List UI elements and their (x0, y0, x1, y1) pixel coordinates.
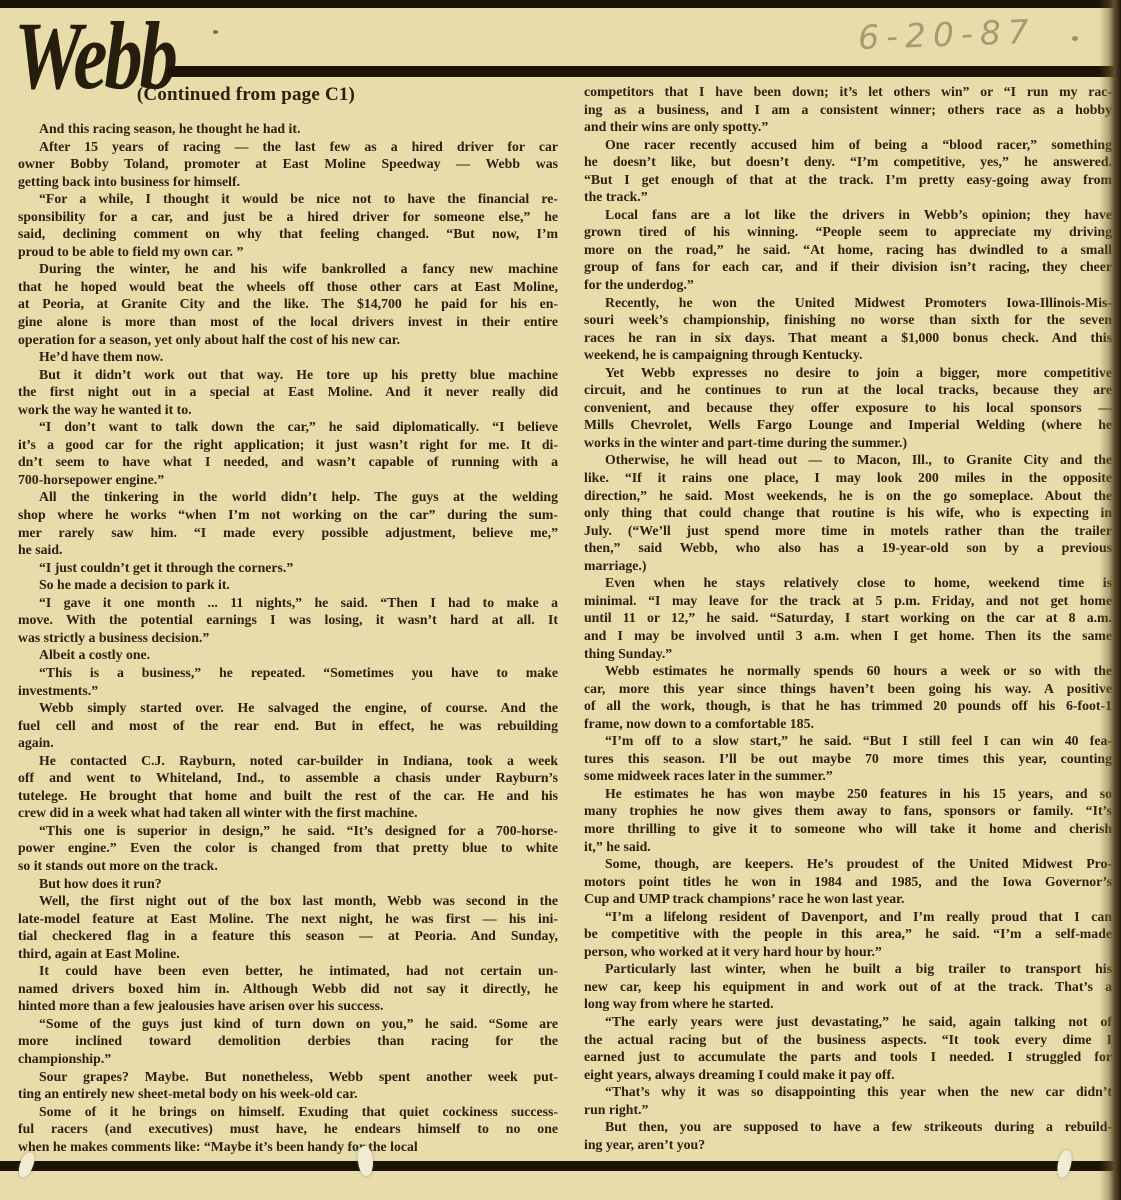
paragraph: He estimates he has won maybe 250 featur… (584, 785, 1112, 855)
text-line: And this racing season, he thought he ha… (18, 120, 558, 138)
text-line: One racer recently accused him of being … (584, 136, 1112, 154)
paragraph: Some, though, are keepers. He’s proudest… (584, 855, 1112, 908)
text-line: group of fans for each car, and if their… (584, 258, 1112, 276)
text-line: “Some of the guys just kind of turn down… (18, 1015, 558, 1033)
text-line: He estimates he has won maybe 250 featur… (584, 785, 1112, 803)
text-line: Webb simply started over. He salvaged th… (18, 699, 558, 717)
text-line: again. (18, 734, 558, 752)
text-line: Sour grapes? Maybe. But nonetheless, Web… (18, 1068, 558, 1086)
paragraph: “I’m a lifelong resident of Davenport, a… (584, 908, 1112, 961)
left-column: And this racing season, he thought he ha… (18, 120, 558, 1155)
paragraph: All the tinkering in the world didn’t he… (18, 488, 558, 558)
text-line: But how does it run? (18, 875, 558, 893)
text-line: weekend, he is campaigning through Kentu… (584, 346, 1112, 364)
text-line: getting back into business for himself. (18, 173, 558, 191)
newspaper-clipping: Webb 6-20-87 (Continued from page C1) An… (0, 0, 1121, 1200)
text-line: Cup and UMP track champions’ race he won… (584, 890, 1112, 908)
text-line: He contacted C.J. Rayburn, noted car-bui… (18, 752, 558, 770)
text-line: works in the winter and part-time during… (584, 434, 1112, 452)
paragraph: But how does it run? (18, 875, 558, 893)
paragraph: “The early years were just devastating,”… (584, 1013, 1112, 1083)
text-line: minimal. “I may leave for the track at 5… (584, 592, 1112, 610)
text-line: ing year, aren’t you? (584, 1136, 1112, 1154)
text-line: “But I get enough of that at the track. … (584, 171, 1112, 189)
text-line: it,” he said. (584, 838, 1112, 856)
text-line: of all the work, though, is that he has … (584, 697, 1112, 715)
text-line: work the way he wanted it to. (18, 401, 558, 419)
text-line: car, more this year since things haven’t… (584, 680, 1112, 698)
text-line: gine alone is more than most of the loca… (18, 313, 558, 331)
text-line: Mills Chevrolet, Wells Fargo Lounge and … (584, 416, 1112, 434)
paragraph: competitors that I have been down; it’s … (584, 83, 1112, 136)
continued-from-note: (Continued from page C1) (60, 84, 432, 106)
bottom-rule (0, 1161, 1121, 1171)
paragraph: One racer recently accused him of being … (584, 136, 1112, 206)
text-line: was strictly a business decision.” (18, 629, 558, 647)
text-line: the track.” (584, 188, 1112, 206)
text-line: Local fans are a lot like the drivers in… (584, 206, 1112, 224)
text-line: tutelege. He brought that home and built… (18, 787, 558, 805)
right-column: competitors that I have been down; it’s … (584, 83, 1112, 1153)
text-line: circuit, and he continues to run at the … (584, 381, 1112, 399)
text-line: it’s a good car for the right applicatio… (18, 436, 558, 454)
text-line: when he makes comments like: “Maybe it’s… (18, 1138, 558, 1156)
paragraph: Sour grapes? Maybe. But nonetheless, Web… (18, 1068, 558, 1103)
text-line: so it stands out more on the track. (18, 857, 558, 875)
paragraph: “For a while, I thought it would be nice… (18, 190, 558, 260)
text-line: “I don’t want to talk down the car,” he … (18, 418, 558, 436)
text-line: operation for a season, yet only about h… (18, 331, 558, 349)
paragraph: During the winter, he and his wife bankr… (18, 260, 558, 348)
paragraph: It could have been even better, he intim… (18, 962, 558, 1015)
text-line: “I’m a lifelong resident of Davenport, a… (584, 908, 1112, 926)
text-line: like. “If it rains one place, I may look… (584, 469, 1112, 487)
handwritten-date: 6-20-87 (857, 10, 1088, 57)
text-line: some midweek races later in the summer.” (584, 767, 1112, 785)
paragraph: Well, the first night out of the box las… (18, 892, 558, 962)
text-line: proud to be able to field my own car. ” (18, 243, 558, 261)
text-line: more inclined toward demolition derbies … (18, 1032, 558, 1050)
text-line: earned just to accumulate the parts and … (584, 1048, 1112, 1066)
paragraph: So he made a decision to park it. (18, 576, 558, 594)
text-line: Otherwise, he will head out — to Macon, … (584, 451, 1112, 469)
ink-speck (213, 30, 218, 34)
text-line: many trophies he now gives them away to … (584, 802, 1112, 820)
text-line: more on the road,” he said. “At home, ra… (584, 241, 1112, 259)
text-line: new car, keep his equipment in and work … (584, 978, 1112, 996)
text-line: fuel cell and most of the rear end. But … (18, 717, 558, 735)
text-line: then,” said Webb, who also has a 19-year… (584, 539, 1112, 557)
paragraph: “I gave it one month ... 11 nights,” he … (18, 594, 558, 647)
text-line: late-model feature at East Moline. The n… (18, 910, 558, 928)
text-line: investments.” (18, 682, 558, 700)
text-line: Some, though, are keepers. He’s proudest… (584, 855, 1112, 873)
text-line: motors point titles he won in 1984 and 1… (584, 873, 1112, 891)
text-line: During the winter, he and his wife bankr… (18, 260, 558, 278)
tear-mark (1056, 1149, 1074, 1179)
text-line: mer rarely saw him. “I made every possib… (18, 524, 558, 542)
text-line: Particularly last winter, when he built … (584, 960, 1112, 978)
text-line: “I’m off to a slow start,” he said. “But… (584, 732, 1112, 750)
text-line: races he ran in six days. That meant a $… (584, 329, 1112, 347)
text-line: long way from where he started. (584, 995, 1112, 1013)
text-line: owner Bobby Toland, promoter at East Mol… (18, 155, 558, 173)
text-line: be competitive with the people in this a… (584, 925, 1112, 943)
text-line: But then, you are supposed to have a few… (584, 1118, 1112, 1136)
text-line: July. (“We’ll just spend more time in mo… (584, 522, 1112, 540)
text-line: ing as a business, and I am a consistent… (584, 101, 1112, 119)
text-line: ting an entirely new sheet-metal body on… (18, 1085, 558, 1103)
text-line: named drivers boxed him in. Although Web… (18, 980, 558, 998)
text-line: 700-horsepower engine.” (18, 471, 558, 489)
text-line: “This is a business,” he repeated. “Some… (18, 664, 558, 682)
text-line: He’d have them now. (18, 348, 558, 366)
paragraph: Local fans are a lot like the drivers in… (584, 206, 1112, 294)
paragraph: And this racing season, he thought he ha… (18, 120, 558, 138)
headline-rule (168, 66, 1121, 77)
paragraph: Webb estimates he normally spends 60 hou… (584, 662, 1112, 732)
paragraph: Yet Webb expresses no desire to join a b… (584, 364, 1112, 452)
text-line: said, declining comment on why that feel… (18, 225, 558, 243)
paragraph: “Some of the guys just kind of turn down… (18, 1015, 558, 1068)
text-line: the first night out in a special at East… (18, 383, 558, 401)
page-edge-shadow (1099, 0, 1121, 1200)
paragraph: Some of it he brings on himself. Exuding… (18, 1103, 558, 1156)
text-line: thing Sunday.” (584, 645, 1112, 663)
text-line: at Peoria, at Granite City and the like.… (18, 295, 558, 313)
text-line: for the underdog.” (584, 276, 1112, 294)
text-line: run right.” (584, 1101, 1112, 1119)
paragraph: After 15 years of racing — the last few … (18, 138, 558, 191)
text-line: the actual racing but of the business as… (584, 1031, 1112, 1049)
text-line: Albeit a costly one. (18, 646, 558, 664)
text-line: direction,” he said. Most weekends, he i… (584, 487, 1112, 505)
text-line: marriage.) (584, 557, 1112, 575)
text-line: dn’t seem to have what I needed, and was… (18, 453, 558, 471)
text-line: grown tired of his winning. “People seem… (584, 223, 1112, 241)
text-line: tures this season. I’ll be out maybe 70 … (584, 750, 1112, 768)
text-line: off and went to Whiteland, Ind., to asse… (18, 769, 558, 787)
text-line: It could have been even better, he intim… (18, 962, 558, 980)
text-line: power engine.” Even the color is changed… (18, 839, 558, 857)
paragraph: “This one is superior in design,” he sai… (18, 822, 558, 875)
text-line: Well, the first night out of the box las… (18, 892, 558, 910)
text-line: eight years, always dreaming I could mak… (584, 1066, 1112, 1084)
text-line: tial checkered flag in a feature this se… (18, 927, 558, 945)
text-line: So he made a decision to park it. (18, 576, 558, 594)
ink-speck (1072, 36, 1078, 41)
text-line: “For a while, I thought it would be nice… (18, 190, 558, 208)
text-line: until 11 or 12,” he said. “Saturday, I s… (584, 609, 1112, 627)
text-line: more thrilling to give it to someone who… (584, 820, 1112, 838)
paragraph: He’d have them now. (18, 348, 558, 366)
text-line: third, again at East Moline. (18, 945, 558, 963)
text-line: frame, now down to a comfortable 185. (584, 715, 1112, 733)
text-line: Some of it he brings on himself. Exuding… (18, 1103, 558, 1121)
paragraph: Even when he stays relatively close to h… (584, 574, 1112, 662)
paragraph: “I’m off to a slow start,” he said. “But… (584, 732, 1112, 785)
text-line: Webb estimates he normally spends 60 hou… (584, 662, 1112, 680)
paragraph: “I don’t want to talk down the car,” he … (18, 418, 558, 488)
text-line: hinted more than a few jealousies have a… (18, 997, 558, 1015)
text-line: crew did in a week what had taken all wi… (18, 804, 558, 822)
paragraph: “I just couldn’t get it through the corn… (18, 559, 558, 577)
text-line: All the tinkering in the world didn’t he… (18, 488, 558, 506)
paragraph: He contacted C.J. Rayburn, noted car-bui… (18, 752, 558, 822)
text-line: But it didn’t work out that way. He tore… (18, 366, 558, 384)
text-line: ful racers (and executives) must have, h… (18, 1120, 558, 1138)
text-line: and I may be involved until 3 a.m. when … (584, 627, 1112, 645)
text-line: souri week’s championship, finishing no … (584, 311, 1112, 329)
text-line: Yet Webb expresses no desire to join a b… (584, 364, 1112, 382)
text-line: “The early years were just devastating,”… (584, 1013, 1112, 1031)
text-line: After 15 years of racing — the last few … (18, 138, 558, 156)
text-line: “I gave it one month ... 11 nights,” he … (18, 594, 558, 612)
text-line: Even when he stays relatively close to h… (584, 574, 1112, 592)
paragraph: But then, you are supposed to have a few… (584, 1118, 1112, 1153)
paragraph: Recently, he won the United Midwest Prom… (584, 294, 1112, 364)
paragraph: Webb simply started over. He salvaged th… (18, 699, 558, 752)
paragraph: Albeit a costly one. (18, 646, 558, 664)
text-line: and their wins are only spotty.” (584, 118, 1112, 136)
text-line: “That’s why it was so disappointing this… (584, 1083, 1112, 1101)
text-line: sponsibility for a car, and just be a hi… (18, 208, 558, 226)
paragraph: Particularly last winter, when he built … (584, 960, 1112, 1013)
text-line: competitors that I have been down; it’s … (584, 83, 1112, 101)
text-line: he said. (18, 541, 558, 559)
paragraph: “That’s why it was so disappointing this… (584, 1083, 1112, 1118)
text-line: he doesn’t like, but doesn’t deny. “I’m … (584, 153, 1112, 171)
text-line: “I just couldn’t get it through the corn… (18, 559, 558, 577)
paragraph: Otherwise, he will head out — to Macon, … (584, 451, 1112, 574)
text-line: that he hoped would beat the wheels off … (18, 278, 558, 296)
text-line: shop where he works “when I’m not workin… (18, 506, 558, 524)
text-line: “This one is superior in design,” he sai… (18, 822, 558, 840)
paragraph: But it didn’t work out that way. He tore… (18, 366, 558, 419)
text-line: championship.” (18, 1050, 558, 1068)
text-line: convenient, and because they offer expos… (584, 399, 1112, 417)
text-line: only thing that could change that routin… (584, 504, 1112, 522)
text-line: move. With the potential earnings I was … (18, 611, 558, 629)
paragraph: “This is a business,” he repeated. “Some… (18, 664, 558, 699)
text-line: Recently, he won the United Midwest Prom… (584, 294, 1112, 312)
text-line: person, who worked at it very hard hour … (584, 943, 1112, 961)
